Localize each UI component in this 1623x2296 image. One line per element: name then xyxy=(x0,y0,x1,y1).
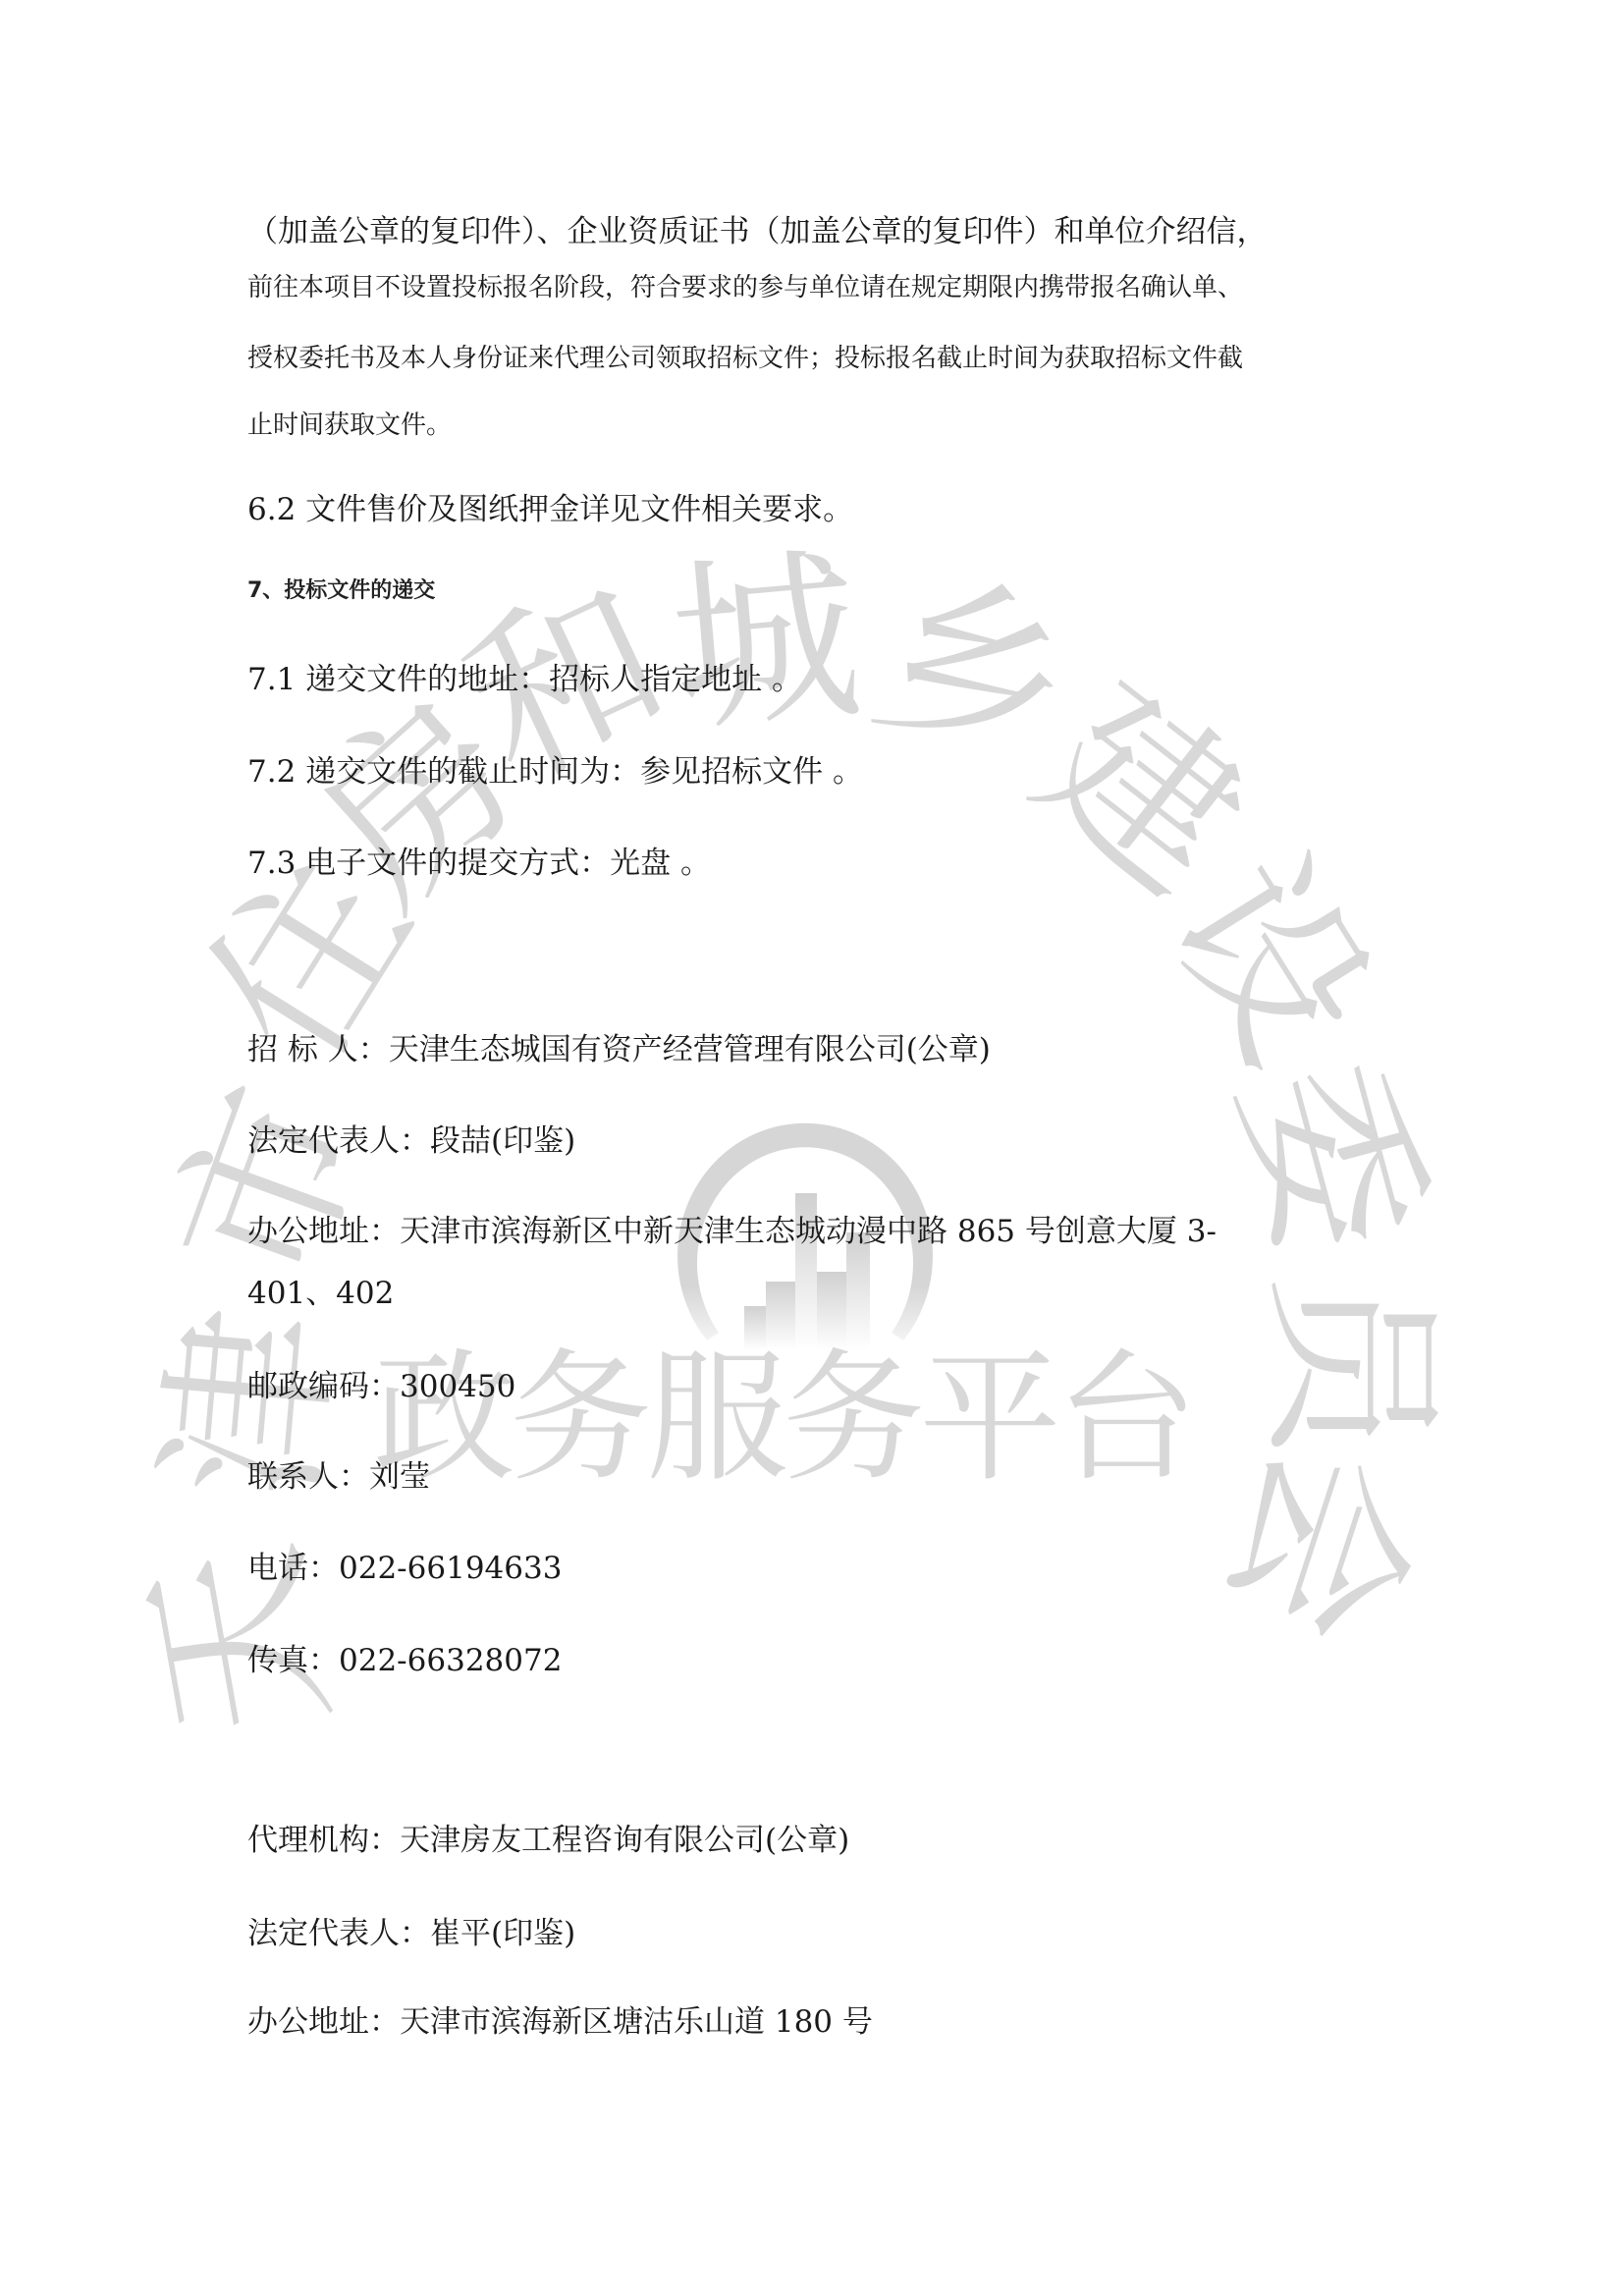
section-7-3: 7.3 电子文件的提交方式：光盘 。 xyxy=(247,848,711,879)
agency-address: 办公地址：天津市滨海新区塘沽乐山道 180 号 xyxy=(247,2007,873,2038)
section-7-2: 7.2 递交文件的截止时间为：参见招标文件 。 xyxy=(247,757,863,788)
tenderer-fax: 传真：022-66328072 xyxy=(247,1646,562,1676)
tenderer-name: 招 标 人：天津生态城国有资产经营管理有限公司(公章) xyxy=(247,1035,991,1066)
tenderer-postcode: 邮政编码：300450 xyxy=(247,1372,515,1402)
tenderer-address-cont: 401、402 xyxy=(247,1279,394,1309)
tenderer-address: 办公地址：天津市滨海新区中新天津生态城动漫中路 865 号创意大厦 3- xyxy=(247,1217,1217,1247)
tenderer-contact: 联系人：刘莹 xyxy=(247,1462,430,1493)
tenderer-legal-rep: 法定代表人：段喆(印鉴) xyxy=(247,1126,575,1157)
paragraph-line: 止时间获取文件。 xyxy=(247,412,452,438)
tenderer-phone: 电话：022-66194633 xyxy=(247,1554,562,1584)
paragraph-line: 前往本项目不设置投标报名阶段，符合要求的参与单位请在规定期限内携带报名确认单、 xyxy=(247,275,1243,301)
agency-legal-rep: 法定代表人：崔平(印鉴) xyxy=(247,1919,575,1949)
document-body: （加盖公章的复印件）、企业资质证书（加盖公章的复印件）和单位介绍信， 前往本项目… xyxy=(0,0,1623,2296)
section-7-1: 7.1 递交文件的地址：招标人指定地址 。 xyxy=(247,665,802,695)
paragraph-line: （加盖公章的复印件）、企业资质证书（加盖公章的复印件）和单位介绍信， xyxy=(247,217,1268,247)
paragraph-line: 授权委托书及本人身份证来代理公司领取招标文件；投标报名截止时间为获取招标文件截 xyxy=(247,346,1243,371)
agency-name: 代理机构：天津房友工程咨询有限公司(公章) xyxy=(247,1826,849,1856)
section-6-2: 6.2 文件售价及图纸押金详见文件相关要求。 xyxy=(247,495,853,525)
document-page: 天 津 市 住 房 和 城 乡 建 设 委 员 会 xyxy=(0,0,1623,2296)
section-7-heading: 7、投标文件的递交 xyxy=(247,580,435,602)
